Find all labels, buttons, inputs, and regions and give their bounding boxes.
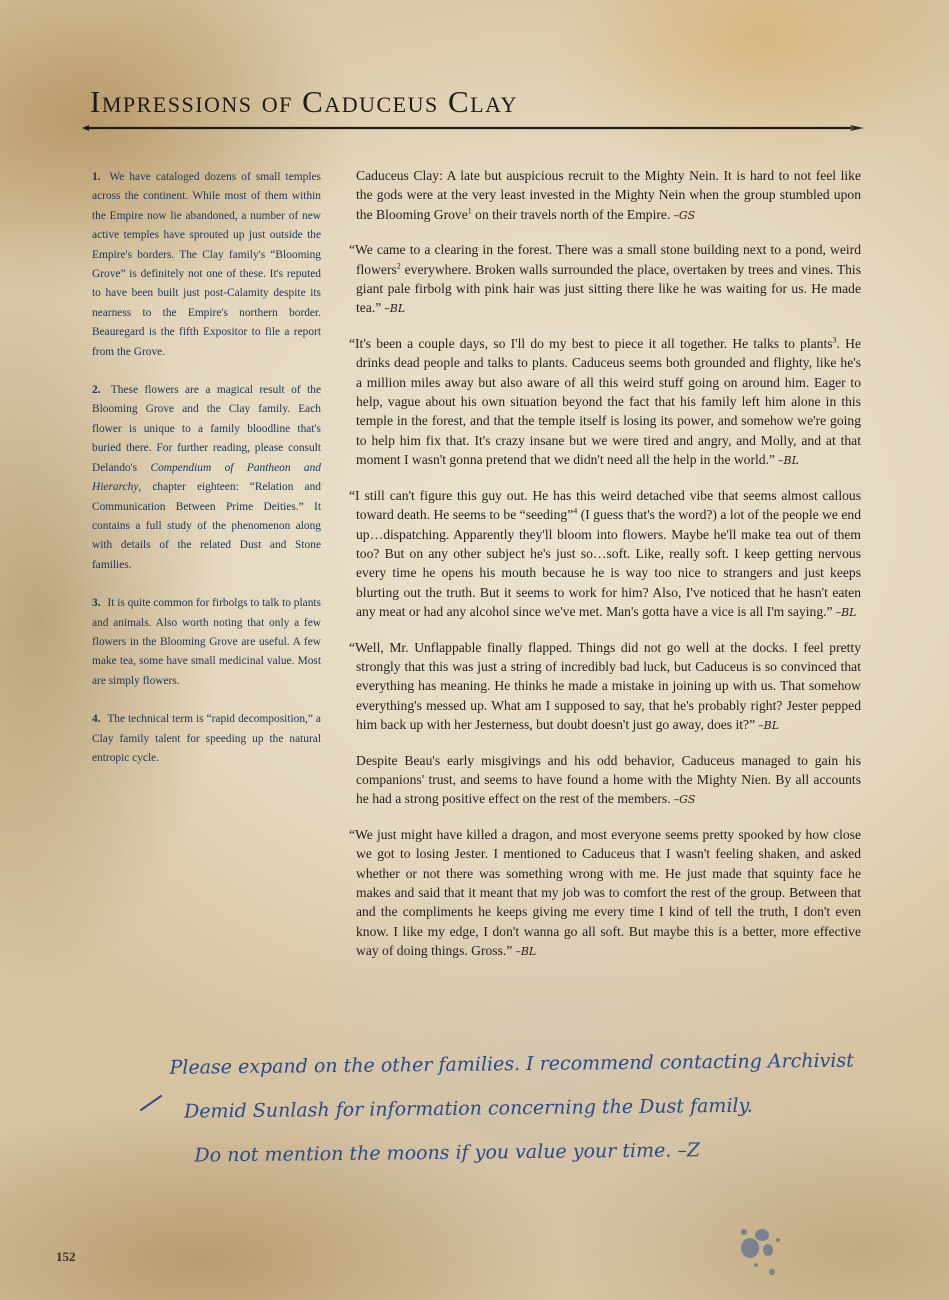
book-page: Impressions of Caduceus Clay 1. We have … <box>0 0 949 1300</box>
title-divider-arrow <box>82 124 864 130</box>
entry-text: on their travels north of the Empire. <box>472 207 671 222</box>
footnote-1: 1. We have cataloged dozens of small tem… <box>92 168 321 362</box>
author-signature: –BL <box>836 606 857 619</box>
handwritten-note: Please expand on the other families. I r… <box>169 1038 890 1178</box>
footnotes-column: 1. We have cataloged dozens of small tem… <box>92 168 321 787</box>
ink-stain-decoration <box>730 1210 800 1280</box>
entry-text: (I guess that's the word?) a lot of the … <box>356 507 861 619</box>
entry-text: “Well, Mr. Unflappable finally flapped. … <box>349 640 861 733</box>
footnote-number: 3. <box>92 597 101 609</box>
journal-quote-entry: “I still can't figure this guy out. He h… <box>349 486 861 623</box>
handwritten-line: Please expand on the other families. I r… <box>169 1038 889 1090</box>
journal-quote-entry: “We came to a clearing in the forest. Th… <box>349 240 861 319</box>
handwriting-tick-mark <box>140 1095 162 1112</box>
narrative-entry: Despite Beau's early misgivings and his … <box>349 751 861 810</box>
handwritten-line: Do not mention the moons if you value yo… <box>194 1126 890 1177</box>
footnote-text: These flowers are a magical result of th… <box>92 384 321 474</box>
entry-text: “It's been a couple days, so I'll do my … <box>349 336 833 351</box>
page-title: Impressions of Caduceus Clay <box>90 84 518 120</box>
entry-text: Despite Beau's early misgivings and his … <box>356 753 861 807</box>
footnote-number: 2. <box>92 384 101 396</box>
main-text-column: Caduceus Clay: A late but auspicious rec… <box>349 166 861 977</box>
footnote-text: It is quite common for firbolgs to talk … <box>92 597 321 687</box>
footnote-number: 4. <box>92 713 101 725</box>
footnote-2: 2. These flowers are a magical result of… <box>92 381 321 575</box>
journal-quote-entry: “It's been a couple days, so I'll do my … <box>349 334 861 471</box>
footnote-4: 4. The technical term is “rapid decompos… <box>92 710 321 768</box>
author-signature: –BL <box>778 454 799 467</box>
author-signature: –BL <box>515 945 536 958</box>
footnote-text: , chapter eighteen: “Relation and Commun… <box>92 481 321 571</box>
journal-quote-entry: “Well, Mr. Unflappable finally flapped. … <box>349 638 861 736</box>
entry-text: everywhere. Broken walls surrounded the … <box>356 262 861 316</box>
narrative-entry: Caduceus Clay: A late but auspicious rec… <box>349 166 861 225</box>
journal-quote-entry: “We just might have killed a dragon, and… <box>349 825 861 962</box>
entry-text: . He drinks dead people and talks to pla… <box>356 336 861 467</box>
author-signature: –GS <box>674 793 696 806</box>
footnote-text: We have cataloged dozens of small temple… <box>92 171 321 358</box>
handwritten-line: Demid Sunlash for information concerning… <box>184 1082 890 1133</box>
footnote-3: 3. It is quite common for firbolgs to ta… <box>92 594 321 691</box>
author-signature: –GS <box>673 209 695 222</box>
footnote-number: 1. <box>92 171 101 183</box>
footnote-text: The technical term is “rapid decompositi… <box>92 713 321 764</box>
author-signature: –BL <box>758 719 779 732</box>
entry-text: “We just might have killed a dragon, and… <box>349 827 861 958</box>
page-number: 152 <box>56 1249 76 1265</box>
author-signature: –BL <box>384 302 405 315</box>
